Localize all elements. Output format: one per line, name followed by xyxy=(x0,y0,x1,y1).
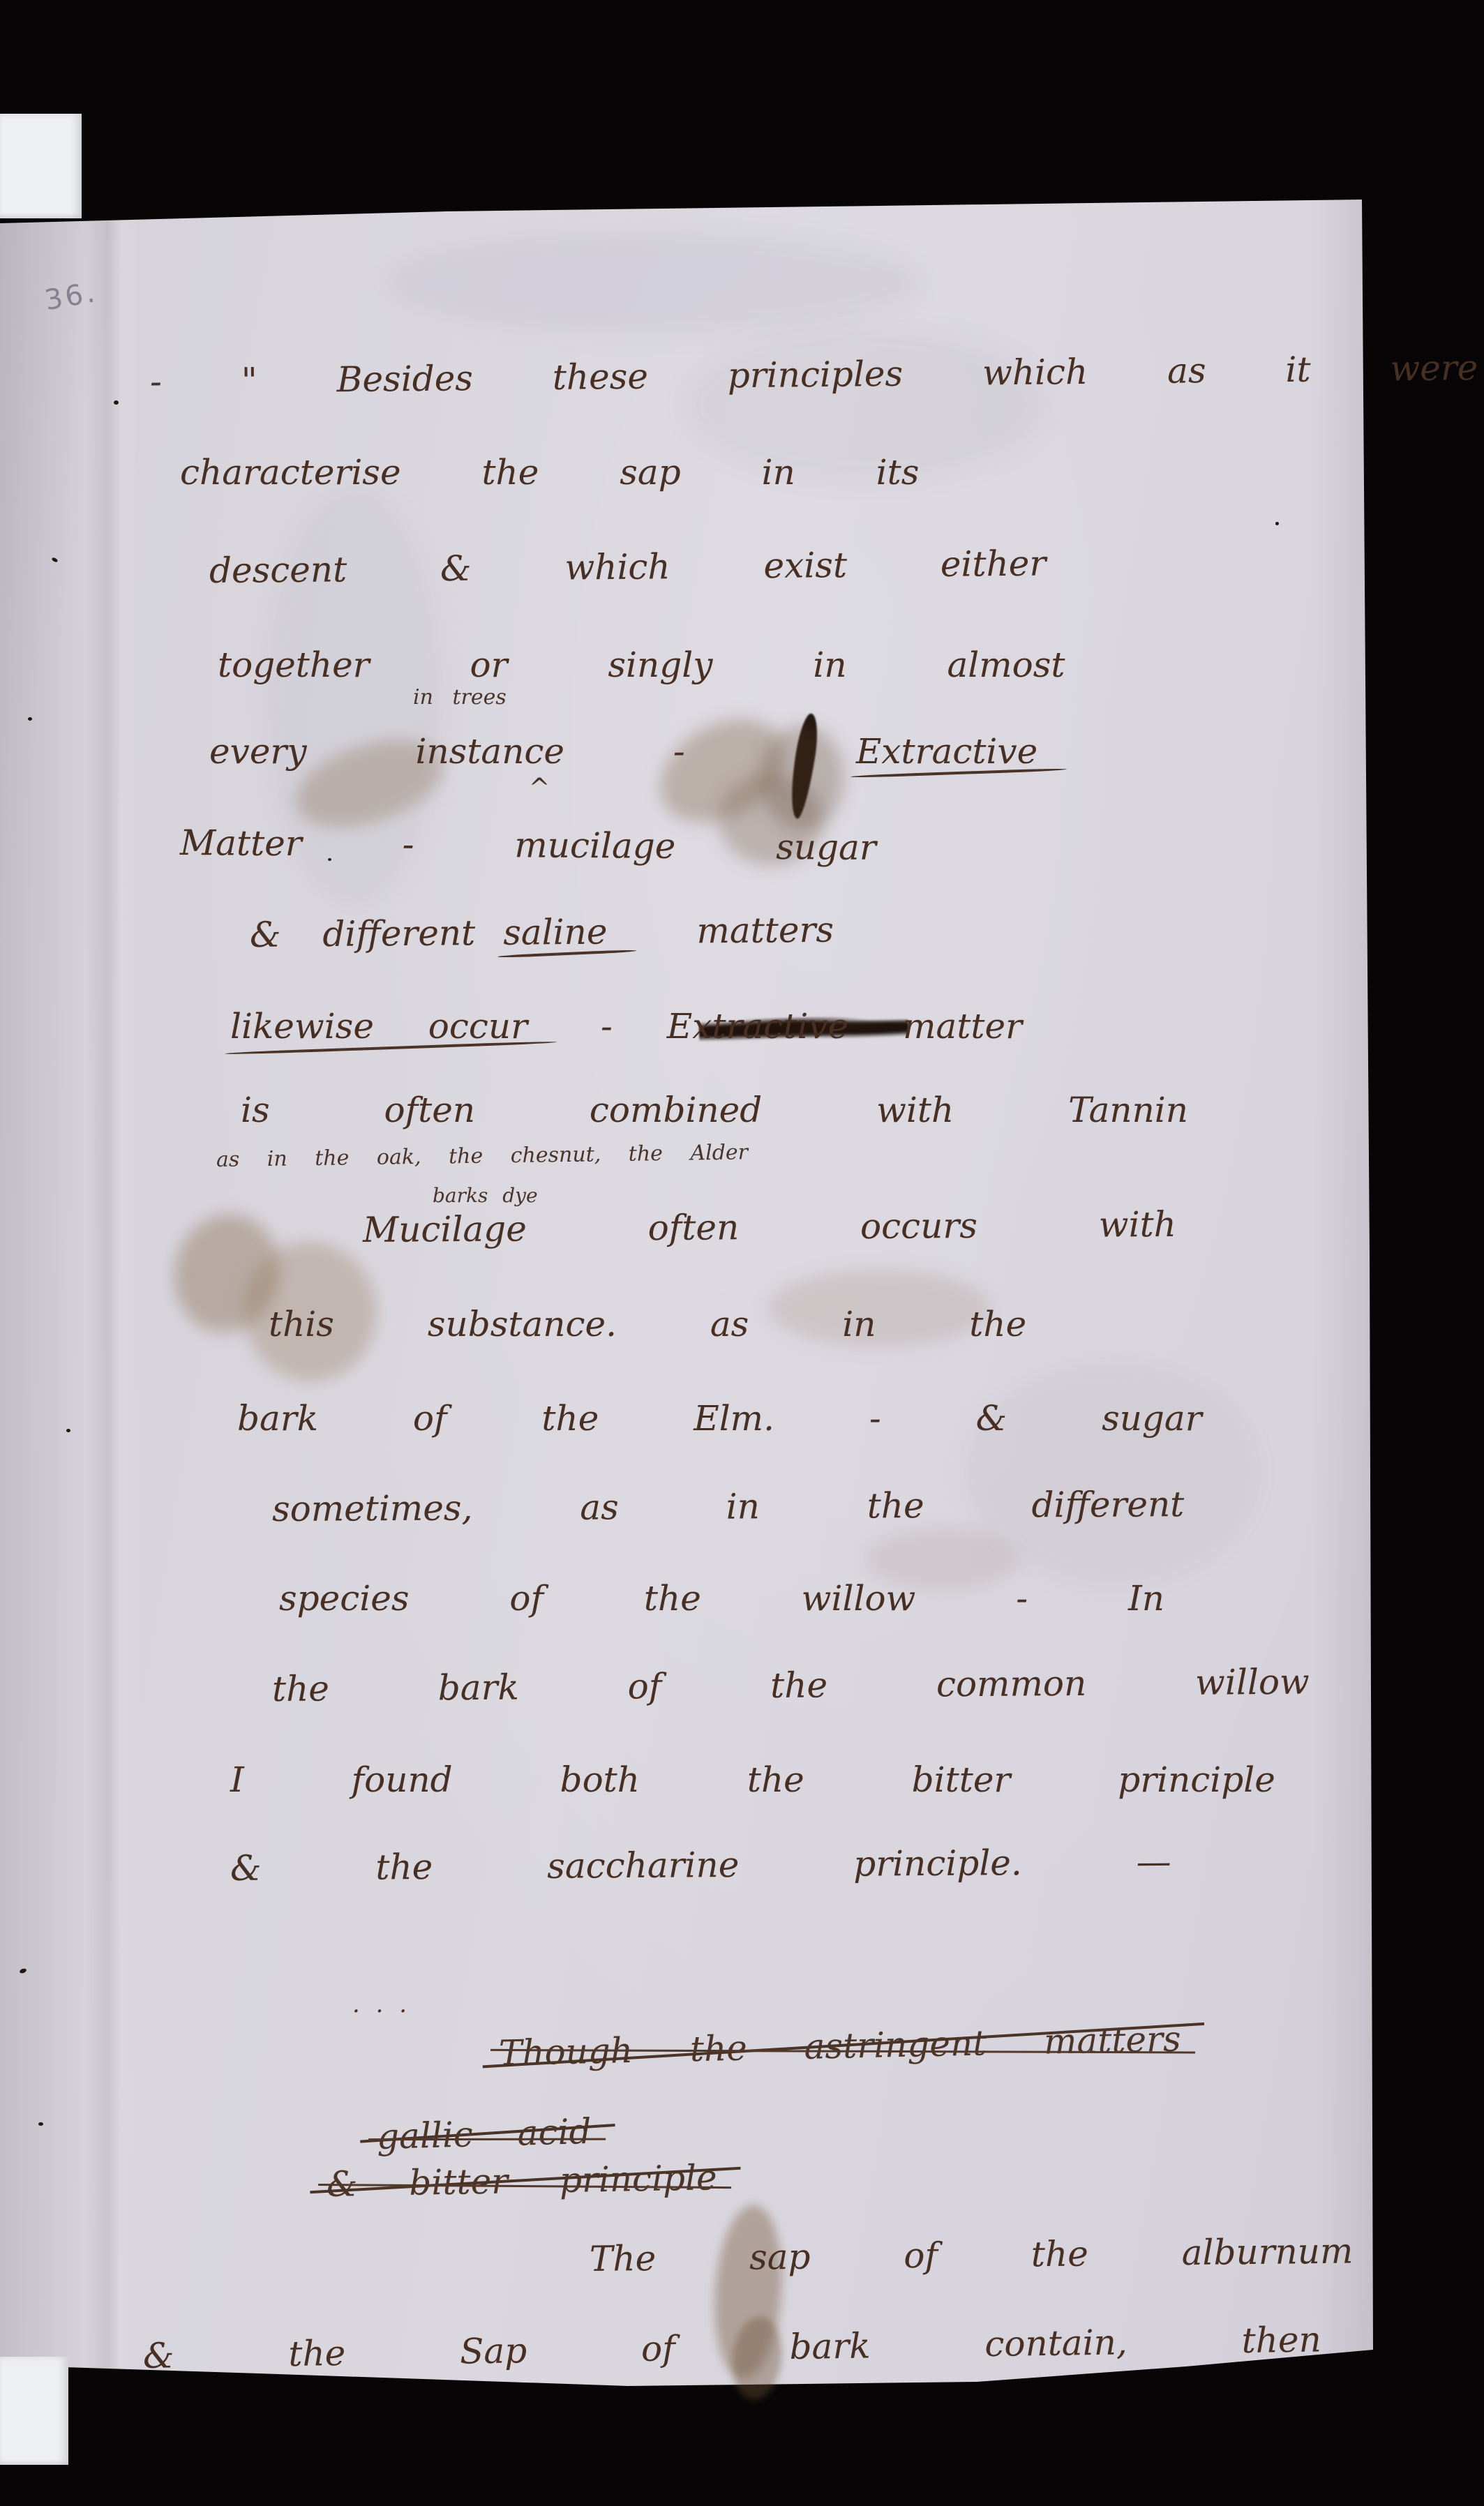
photograph-canvas: 36. - " Besides these principles which a… xyxy=(0,0,1484,2506)
ms-struck-line-2: gallic acid xyxy=(376,2114,592,2154)
ms-line-16: the bark of the common willow xyxy=(272,1665,1310,1706)
ms-line-15: species of the willow - In xyxy=(279,1581,1164,1616)
ms-line-3: descent & which exist either xyxy=(209,546,1047,588)
ms-line-8: likewise occur- Extractive matter xyxy=(230,1009,1022,1044)
ink-speck xyxy=(38,2122,43,2126)
ms-line-9: is often combined with Tannin xyxy=(241,1093,1188,1127)
ms-line-7: & differentsalinematters xyxy=(250,913,834,952)
struck-text: & bitter principle xyxy=(327,2160,717,2202)
ink-speck xyxy=(28,717,32,721)
ms-line-19: The sap of the alburnum xyxy=(590,2234,1354,2276)
ms-line-5-start: every instance - xyxy=(209,731,685,772)
ms-line-8-end: - Extractive matter xyxy=(601,1006,1022,1046)
page-left-shading xyxy=(0,209,84,2379)
ms-dots-mark: · · · xyxy=(352,1999,411,2023)
ms-line-14: sometimes, as in the different xyxy=(272,1487,1185,1526)
ink-showthrough-ghost xyxy=(391,230,921,335)
ink-speck xyxy=(1275,522,1279,525)
ms-line-18: & the saccharine principle. — xyxy=(230,1845,1171,1886)
ms-line-13: bark of the Elm. - & sugar xyxy=(237,1401,1202,1436)
ms-word-saline-underlined: saline xyxy=(503,915,608,950)
page-right-shading xyxy=(1312,200,1374,2362)
binding-tab-bottom xyxy=(0,2357,68,2465)
ms-caret-mark: ^ xyxy=(529,776,550,801)
ms-insert-barks-dye: barks dye xyxy=(433,1186,538,1206)
ms-line-12: this substance. as in the xyxy=(269,1307,1026,1342)
struck-text: gallic acid xyxy=(376,2114,592,2154)
ms-line-7-end: matters xyxy=(696,910,834,952)
ink-speck xyxy=(66,1429,70,1432)
ms-word-extractive-underlined: Extractive xyxy=(856,734,1037,769)
ms-struck-line-3: & bitter principle xyxy=(327,2160,717,2202)
ms-line-7-start: & different xyxy=(250,913,476,955)
ms-insert-in-trees: in trees xyxy=(413,687,507,708)
ms-line-6: Matter - mucilage sugar xyxy=(180,825,876,865)
ms-words-likewise-occur-underlined: likewise occur xyxy=(230,1009,527,1044)
page-crease xyxy=(82,209,138,2386)
binding-tab-top xyxy=(0,114,82,218)
ms-line-17: I found both the bitter principle xyxy=(230,1762,1275,1797)
ms-line-11: Mucilage often occurs with xyxy=(363,1207,1176,1247)
ink-speck xyxy=(114,400,119,405)
ms-line-2: characterise the sap in its xyxy=(180,455,919,490)
ms-line-5: every instance -Extractive xyxy=(209,734,1037,769)
ms-line-4: together or singly in almost xyxy=(218,647,1065,682)
